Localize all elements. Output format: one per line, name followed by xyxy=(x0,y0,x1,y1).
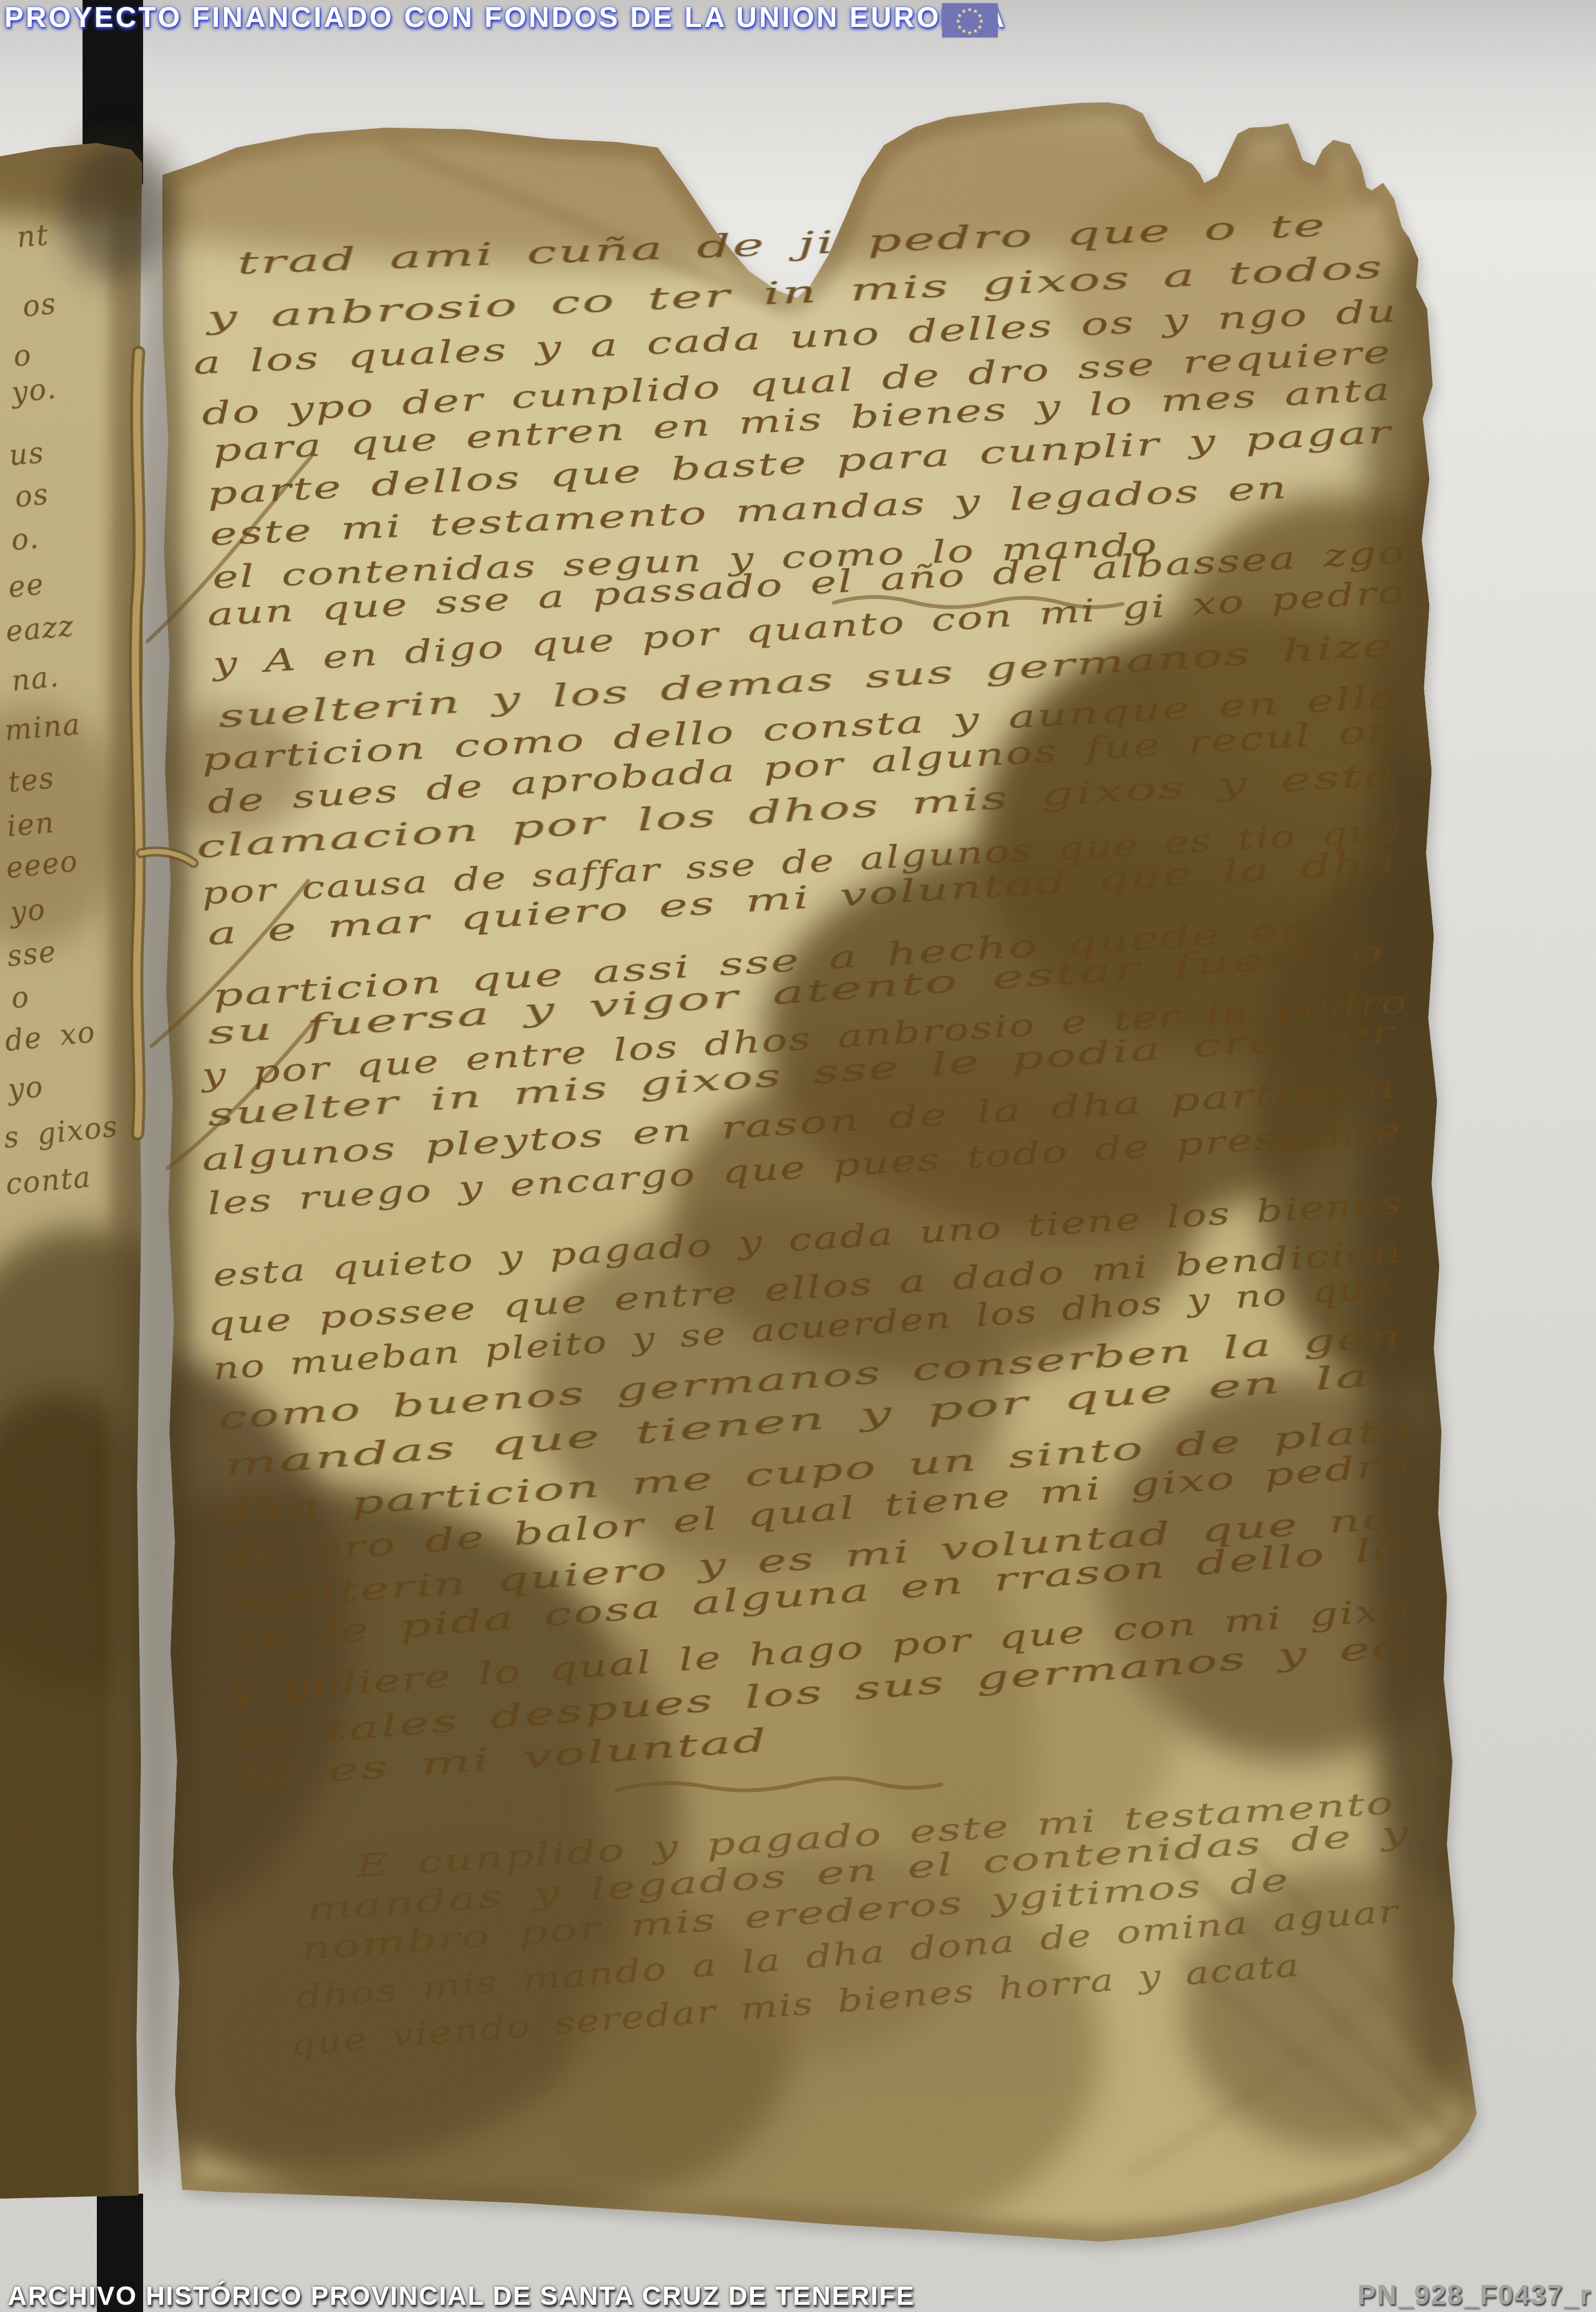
archive-banner: ARCHIVO HISTÓRICO PROVINCIAL DE SANTA CR… xyxy=(8,2281,915,2311)
photo-art xyxy=(0,0,1596,2312)
eu-flag-icon: ★★★ ★★★ ★★★ ★★★ xyxy=(942,3,998,37)
funding-banner: PROYECTO FINANCIADO CON FONDOS DE LA UNI… xyxy=(4,1,1007,34)
reference-code: PN_928_F0437_r xyxy=(1357,2279,1592,2311)
film-grain xyxy=(0,0,1596,2312)
svg-text:★: ★ xyxy=(961,8,967,15)
svg-text:★: ★ xyxy=(973,28,979,35)
manuscript-photo: trad ami cuña de ji pedro que o tey anbr… xyxy=(0,0,1596,2312)
svg-text:★: ★ xyxy=(967,6,972,13)
svg-text:★: ★ xyxy=(967,29,972,36)
